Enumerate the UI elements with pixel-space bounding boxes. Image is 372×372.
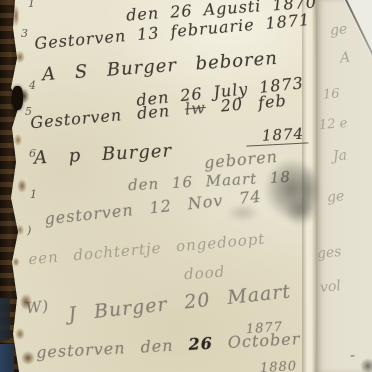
binding-blue-patch — [0, 298, 10, 340]
right-page-fragment: Ja — [332, 147, 347, 164]
entry-year-1874-underlined: 1874 — [246, 126, 309, 146]
entry-wj-marker: W) — [25, 299, 50, 316]
entry-dood-word: dood — [184, 265, 226, 283]
right-page-dash-mark: - — [350, 346, 355, 364]
right-page-fragment: vol — [319, 278, 341, 296]
right-page-fragment: 12 e — [319, 116, 348, 133]
corner-shadow — [360, 358, 372, 372]
entry-year-1880: 1880 — [260, 360, 298, 372]
page-fore-edge — [302, 0, 316, 372]
margin-number: 3 — [21, 27, 28, 40]
right-page-fragment: 16 — [322, 86, 340, 102]
margin-number: 4 — [29, 79, 36, 92]
binding-knot — [12, 86, 23, 110]
manuscript-photo: ge A 16 12 e Ja ge ges vol - 1 3 4 5 6 1… — [0, 0, 372, 372]
right-page-fragment: ge — [329, 21, 348, 39]
margin-number: ) — [27, 224, 31, 237]
margin-number: 1 — [30, 188, 37, 201]
right-page-fragment: ge — [326, 188, 345, 206]
right-page-fragment: A — [339, 50, 351, 67]
binding-blue-patch — [0, 344, 14, 372]
margin-number: 1 — [28, 0, 35, 10]
entry-death-oct-month: October — [227, 329, 300, 352]
right-page-fragment: ges — [316, 244, 342, 262]
crossed-out-word: lw — [184, 98, 206, 119]
entry-death-oct-day: 26 — [188, 334, 213, 354]
